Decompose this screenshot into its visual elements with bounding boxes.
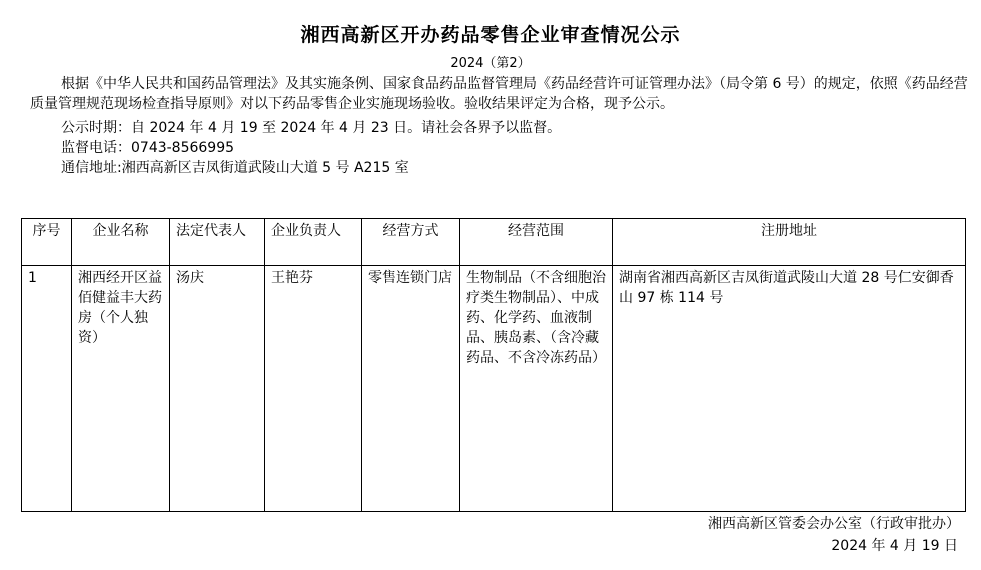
table-row: 1 湘西经开区益佰健益丰大药房（个人独资） 汤庆 王艳芬 零售连锁门店 生物制品… — [22, 266, 966, 512]
cell-company-name: 湘西经开区益佰健益丰大药房（个人独资） — [72, 266, 170, 512]
cell-business-mode: 零售连锁门店 — [362, 266, 460, 512]
cell-legal-representative: 汤庆 — [170, 266, 265, 512]
cell-registered-address: 湖南省湘西高新区吉凤街道武陵山大道 28 号仁安御香山 97 栋 114 号 — [613, 266, 966, 512]
mailing-address: 通信地址:湘西高新区吉凤街道武陵山大道 5 号 A215 室 — [61, 158, 409, 178]
cell-business-scope: 生物制品（不含细胞治疗类生物制品）、中成药、化学药、血液制品、胰岛素、（含冷藏药… — [460, 266, 613, 512]
header-index: 序号 — [22, 219, 72, 266]
cell-person-in-charge: 王艳芬 — [265, 266, 362, 512]
notice-period: 公示时期：自 2024 年 4 月 19 至 2024 年 4 月 23 日。请… — [61, 118, 561, 138]
page-title: 湘西高新区开办药品零售企业审查情况公示 — [0, 20, 981, 47]
header-company-name: 企业名称 — [72, 219, 170, 266]
header-legal-representative: 法定代表人 — [170, 219, 265, 266]
header-business-scope: 经营范围 — [460, 219, 613, 266]
header-registered-address: 注册地址 — [613, 219, 966, 266]
cell-index: 1 — [22, 266, 72, 512]
header-person-in-charge: 企业负责人 — [265, 219, 362, 266]
issue-number: 2024（第2） — [0, 52, 981, 71]
supervision-phone: 监督电话：0743-8566995 — [61, 138, 234, 158]
table-header-row: 序号 企业名称 法定代表人 企业负责人 经营方式 经营范围 注册地址 — [22, 219, 966, 266]
issuer-signature: 湘西高新区管委会办公室（行政审批办） — [708, 514, 960, 534]
issue-date: 2024 年 4 月 19 日 — [831, 536, 958, 556]
intro-paragraph: 根据《中华人民共和国药品管理法》及其实施条例、国家食品药品监督管理局《药品经营许… — [30, 74, 970, 114]
header-business-mode: 经营方式 — [362, 219, 460, 266]
enterprise-table: 序号 企业名称 法定代表人 企业负责人 经营方式 经营范围 注册地址 1 湘西经… — [21, 218, 966, 512]
